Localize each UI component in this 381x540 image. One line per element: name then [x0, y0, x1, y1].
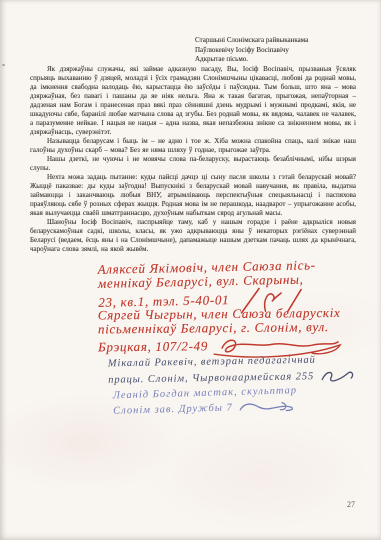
handwritten-line-text: Слонім зав. Дружбы 7 [113, 402, 233, 416]
letter-paragraph: Нехта можа задаць пытанне: куды пайсці д… [30, 173, 356, 218]
letter-paragraph: Як дзяржаўны служачы, які займае адказну… [30, 65, 356, 137]
handwritten-line-text: працы. Слонім, Чырвонаармейская 255 [108, 371, 314, 386]
letter-paragraph: Называцца беларусам і быць ім – не адно … [30, 137, 356, 155]
typed-letter: Старшыні Слонімскага райвыканкама Паўлюк… [30, 36, 356, 254]
letter-header: Старшыні Слонімскага райвыканкама Паўлюк… [195, 36, 356, 65]
scan-speck [2, 64, 5, 66]
handwritten-line-text: Брэцкая, 107/2-49 [98, 338, 208, 354]
page-number: 27 [347, 500, 355, 509]
letter-body: Як дзяржаўны служачы, які займае адказну… [30, 65, 356, 255]
scanned-letter-page: Старшыні Слонімскага райвыканкама Паўлюк… [0, 0, 381, 540]
bohdan-signature-icon [236, 397, 298, 417]
letter-paragraph: Нашы дзеткі, не чуючы і не мовячы слова … [30, 155, 356, 173]
letter-title: Адкрытае пісьмо. [195, 55, 356, 65]
signature-block-chyhryn: Сяргей Чыгрын, член Саюза беларускіх піс… [98, 306, 375, 361]
recipient-line-2: Паўлюкевічу Іосіфу Восіпавічу [195, 46, 356, 56]
letter-paragraph: Шаноўны Іосіф Восіпавіч, паспрыяйце таму… [30, 218, 356, 254]
signature-block-bohdan: Леанід Богдан мастак, скульптар Слонім з… [113, 383, 354, 421]
recipient-line-1: Старшыні Слонімскага райвыканкама [195, 36, 356, 46]
